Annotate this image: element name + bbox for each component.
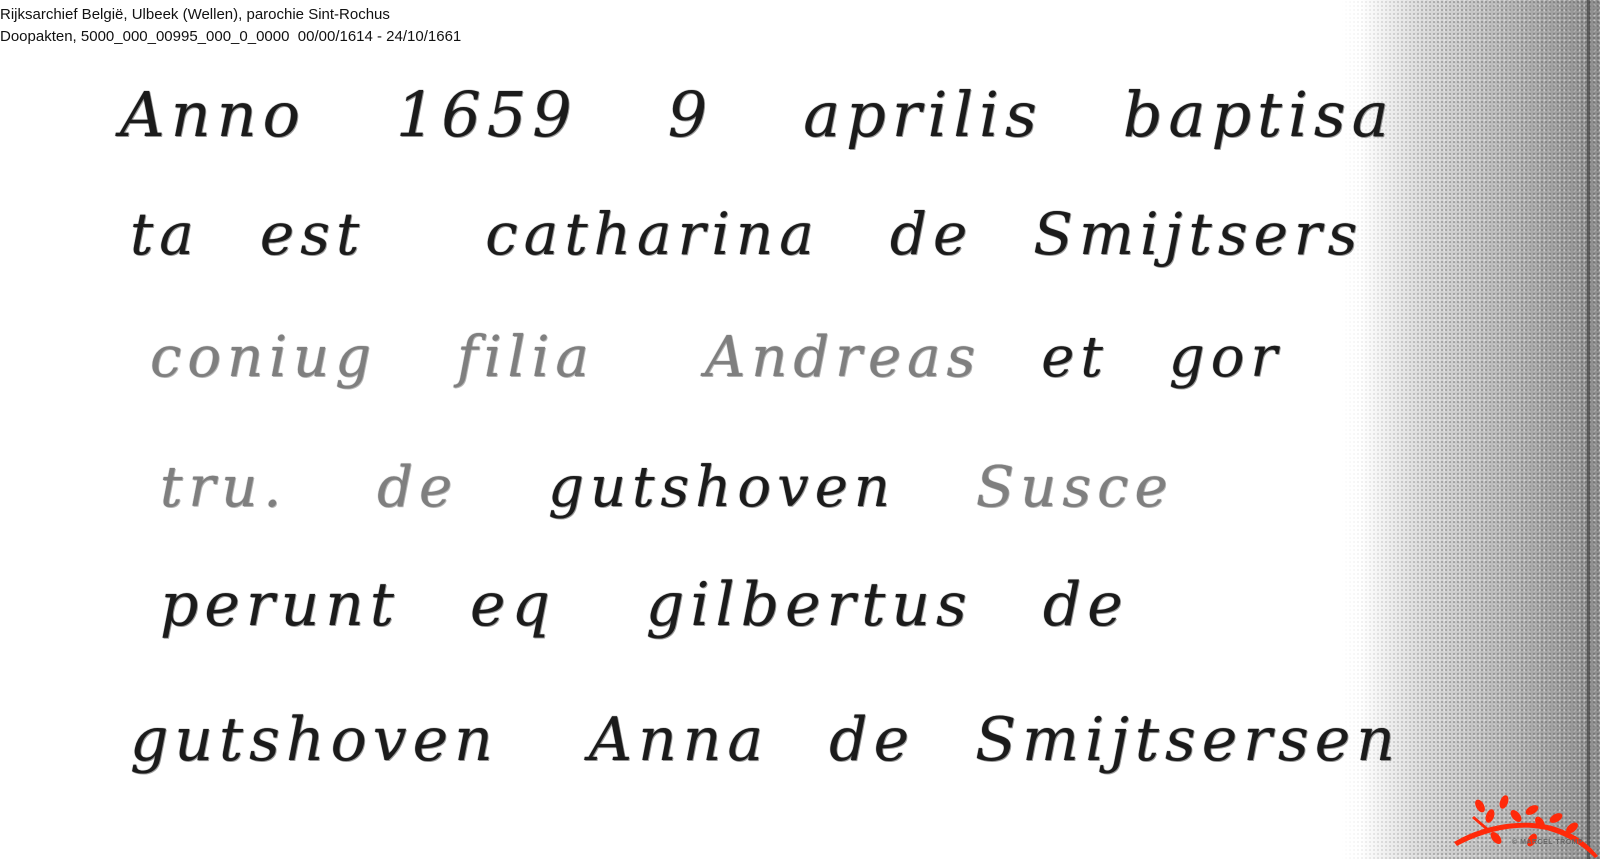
word: Anno bbox=[120, 78, 306, 151]
word: coniug bbox=[150, 325, 377, 390]
word: gilbertus bbox=[646, 570, 973, 640]
word: de bbox=[890, 200, 973, 268]
watermark-caption: © MARCEL TROMP bbox=[1512, 839, 1583, 846]
archive-source: Rijksarchief België, Ulbeek (Wellen), pa… bbox=[0, 4, 461, 26]
word: de bbox=[829, 705, 915, 775]
archive-record-reference: Doopakten, 5000_000_00995_000_0_0000 00/… bbox=[0, 26, 461, 48]
word: Smijtsersen bbox=[975, 705, 1401, 775]
word: catharina bbox=[485, 200, 820, 268]
word: aprilis bbox=[803, 78, 1043, 151]
archive-header: Rijksarchief België, Ulbeek (Wellen), pa… bbox=[0, 4, 461, 48]
word: Smijtsers bbox=[1033, 200, 1363, 268]
branch-leaves-logo-icon bbox=[1452, 790, 1600, 859]
word: Susce bbox=[976, 455, 1174, 520]
word: 9 bbox=[668, 78, 713, 151]
word: gutshoven bbox=[130, 705, 499, 775]
word: baptisa bbox=[1123, 78, 1395, 151]
word: ta bbox=[130, 200, 200, 268]
page-edge bbox=[1587, 0, 1590, 859]
word: gor bbox=[1169, 325, 1283, 390]
word: est bbox=[260, 200, 365, 268]
word: gutshoven bbox=[548, 455, 896, 520]
word: de bbox=[1043, 570, 1129, 640]
word: de bbox=[377, 455, 458, 520]
word: et bbox=[1041, 325, 1109, 390]
word: 1659 bbox=[396, 78, 578, 151]
handwriting-line-3: coniugfiliaAndreasetgor bbox=[150, 325, 1343, 390]
handwriting-line-6: gutshovenAnnadeSmijtsersen bbox=[130, 705, 1461, 775]
word: filia bbox=[457, 325, 595, 390]
word: tru. bbox=[160, 455, 287, 520]
word: Anna bbox=[589, 705, 769, 775]
word: Andreas bbox=[705, 325, 981, 390]
word: eq bbox=[470, 570, 556, 640]
handwriting-line-2: taestcatharinadeSmijtsers bbox=[130, 200, 1423, 268]
handwriting-line-5: perunteqgilbertusde bbox=[160, 570, 1189, 640]
word: perunt bbox=[160, 570, 400, 640]
handwriting-line-4: tru.degutshovenSusce bbox=[160, 455, 1234, 520]
handwriting-line-1: Anno16599aprilisbaptisa bbox=[120, 78, 1455, 151]
